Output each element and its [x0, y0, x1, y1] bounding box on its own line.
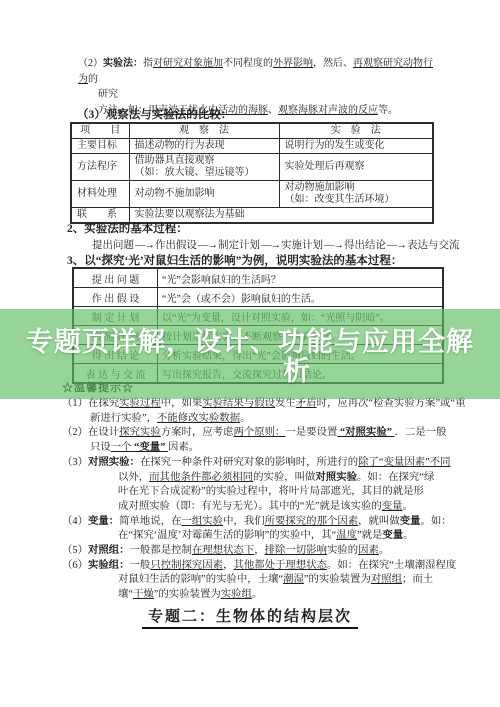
table-cell: 实验处理后再观察: [279, 154, 433, 181]
table-cell: 提 出 问 题: [73, 268, 158, 288]
paragraph-line: 研究: [98, 87, 438, 103]
table-row: 作 出 假 设 “光”会（或不会）影响鼠妇的生活。: [73, 288, 443, 307]
flow-arrow-icon: —→: [134, 240, 155, 251]
compare-table: 项 目 观 察 法 实 验 法 主要目标 描述动物的行为表现 说明行为的发生或变…: [70, 122, 434, 224]
flow-arrow-icon: —→: [197, 240, 218, 251]
flow-step: 作出假设: [155, 240, 197, 251]
cell-line: 借助器具直接观察: [135, 155, 274, 167]
table-cell: “光”会影响鼠妇的生活吗？: [158, 268, 444, 288]
table-cell: 说明行为的发生或变化: [279, 139, 433, 154]
flow-step: 表达与交流: [407, 240, 460, 251]
table-cell: 描述动物的行为表现: [129, 139, 279, 154]
tip-item: （3）对照实验：在探究一种条件对研究对象的影响时，所进行的除了“变量因素”不同 …: [62, 456, 494, 515]
tip-line: 只设一个 “变量” 因素。: [90, 441, 494, 456]
flow-step: 制定计划: [218, 240, 260, 251]
table-row: 主要目标 描述动物的行为表现 说明行为的发生或变化: [71, 139, 433, 154]
tip-line: 壤“干燥”的实验装置为实验组。: [118, 588, 494, 603]
watermark-text-line2: 析: [283, 349, 310, 388]
document-page: （2）实验法：指对研究对象施加不同程度的外界影响，然后、再观察研究动物行为的 研…: [0, 0, 500, 707]
tip-item: （5）对照组：一般都是控制在理想状态下，排除一切影响实验的因素。: [62, 544, 494, 559]
flow-arrow-icon: —→: [323, 240, 344, 251]
tip-line: （3）对照实验：在探究一种条件对研究对象的影响时，所进行的除了“变量因素”不同: [62, 456, 494, 471]
tip-line: 对鼠妇生活的影响”的实验中，土壤“潮湿”的实验装置为对照组；而土: [118, 573, 494, 588]
paragraph-line: （2）实验法：指对研究对象施加不同程度的外界影响，然后、再观察研究动物行为的: [78, 56, 438, 87]
tip-line: 在“探究‘温度’对霉菌生活的影响”的实验中，其“温度”就是变量。: [118, 529, 494, 544]
watermark-text-line1: 专题页详解，设计、功能与应用全解: [0, 320, 500, 359]
example-section-title: 3、以“探究‘光’对鼠妇生活的影响”为例，说明实验法的基本过程：: [67, 252, 402, 268]
tip-item: （1）在探究实验过程中，如果实验结果与假设发生矛盾时，应再次“检查实验方案”或“…: [62, 397, 494, 426]
compare-section-title: （3）观察法与实验法的比较：: [77, 106, 232, 122]
next-topic-heading: 专题二：生物体的结构层次: [142, 605, 358, 629]
table-cell: “光”会（或不会）影响鼠妇的生活。: [158, 288, 444, 307]
flow-diagram: 提出问题—→作出假设—→制定计划—→实施计划—→得出结论—→表达与交流: [92, 237, 460, 252]
tip-item: （6）实验组：一般只控制探究因素，其他都处于理想状态。如：在探究“土壤潮湿程度 …: [62, 559, 494, 603]
table-cell: 材料处理: [71, 181, 129, 208]
tip-line: 以外，而其他条件都必须相同的实验，叫做对照实验。如：在探究“绿: [118, 471, 494, 486]
table-cell: 对动物施加影响 （如：改变其生活环境）: [279, 181, 433, 208]
process-section-title: 2、实验法的基本过程：: [67, 220, 188, 236]
table-cell: 作 出 假 设: [73, 288, 158, 307]
flow-step: 提出问题: [92, 240, 134, 251]
tip-line: （6）实验组：一般只控制探究因素，其他都处于理想状态。如：在探究“土壤潮湿程度: [62, 559, 494, 574]
table-cell: 对动物不施加影响: [129, 181, 279, 208]
tip-line: （2）在设计探究实验方案时，应考虑两个原则：一是要设置 “对照实验” ．二是一般: [62, 426, 494, 441]
tip-item: （4）变量：简单地说，在一组实验中，我们所要探究的那个因素，就叫做变量。如： 在…: [62, 515, 494, 544]
table-header-row: 项 目 观 察 法 实 验 法: [71, 123, 433, 139]
table-row: 材料处理 对动物不施加影响 对动物施加影响 （如：改变其生活环境）: [71, 181, 433, 208]
cell-line: 对动物施加影响: [285, 182, 428, 194]
flow-step: 实施计划: [281, 240, 323, 251]
tip-line: （4）变量：简单地说，在一组实验中，我们所要探究的那个因素，就叫做变量。如：: [62, 515, 494, 530]
table-header-cell: 观 察 法: [129, 123, 279, 139]
table-header-cell: 实 验 法: [279, 123, 433, 139]
tip-line: （1）在探究实验过程中，如果实验结果与假设发生矛盾时，应再次“检查实验方案”或“…: [62, 397, 494, 412]
tips-section: （1）在探究实验过程中，如果实验结果与假设发生矛盾时，应再次“检查实验方案”或“…: [62, 397, 494, 603]
tip-line: 新进行实验”，不能修改实验数据。: [90, 412, 494, 427]
table-cell: 借助器具直接观察 （如：放大镜、望远镜等）: [129, 154, 279, 181]
table-header-cell: 项 目: [71, 123, 129, 139]
tip-line: 叶在光下合成淀粉”的实验过程中，将叶片局部遮光，其目的就是形: [118, 485, 494, 500]
next-topic-heading-wrap: 专题二：生物体的结构层次: [0, 605, 500, 629]
table-row: 方法程序 借助器具直接观察 （如：放大镜、望远镜等） 实验处理后再观察: [71, 154, 433, 181]
table-cell: 主要目标: [71, 139, 129, 154]
flow-arrow-icon: —→: [260, 240, 281, 251]
flow-step: 得出结论: [344, 240, 386, 251]
table-cell: 方法程序: [71, 154, 129, 181]
tip-item: （2）在设计探究实验方案时，应考虑两个原则：一是要设置 “对照实验” ．二是一般…: [62, 426, 494, 455]
tip-line: （5）对照组：一般都是控制在理想状态下，排除一切影响实验的因素。: [62, 544, 494, 559]
cell-line: （如：放大镜、望远镜等）: [135, 167, 274, 179]
cell-line: （如：改变其生活环境）: [285, 194, 428, 206]
table-row: 提 出 问 题 “光”会影响鼠妇的生活吗？: [73, 268, 443, 288]
tip-line: 成对照实验（即：有光与无光）。其中的“光”就是该实验的变量。: [118, 500, 494, 515]
flow-arrow-icon: —→: [386, 240, 407, 251]
